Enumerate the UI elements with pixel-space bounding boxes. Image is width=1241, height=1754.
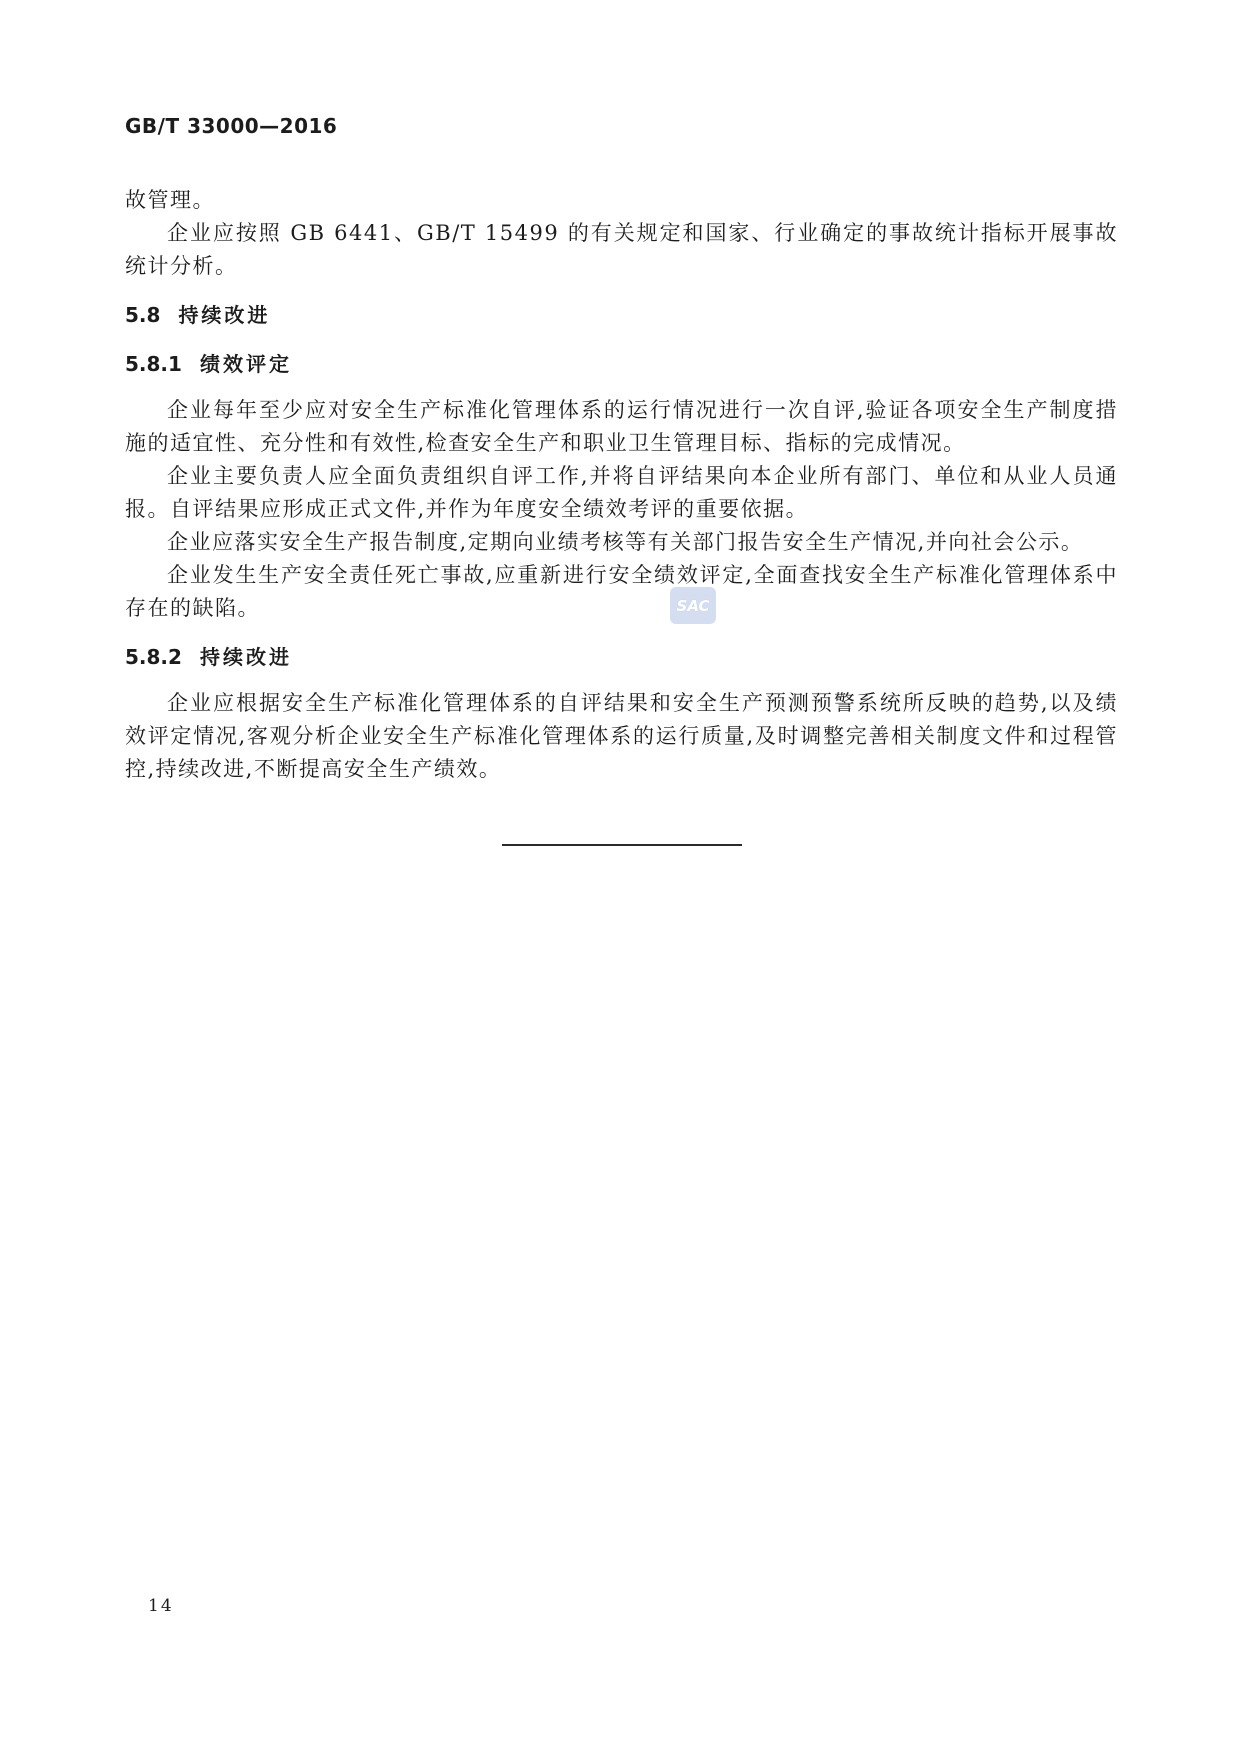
section-title: 绩效评定 <box>200 352 292 376</box>
paragraph: 企业应按照 GB 6441、GB/T 15499 的有关规定和国家、行业确定的事… <box>125 217 1118 283</box>
paragraph: 企业每年至少应对安全生产标准化管理体系的运行情况进行一次自评,验证各项安全生产制… <box>125 394 1118 460</box>
section-title: 持续改进 <box>178 303 270 327</box>
paragraph: 企业应根据安全生产标准化管理体系的自评结果和安全生产预测预警系统所反映的趋势,以… <box>125 687 1118 786</box>
sac-watermark-text: SAC <box>677 597 710 615</box>
sac-watermark-logo: SAC <box>670 587 716 624</box>
section-number: 5.8.1 <box>125 352 182 376</box>
section-number: 5.8 <box>125 303 160 327</box>
paragraph: 企业发生生产安全责任死亡事故,应重新进行安全绩效评定,全面查找安全生产标准化管理… <box>125 559 1118 625</box>
page-number: 14 <box>148 1596 174 1616</box>
paragraph: 企业主要负责人应全面负责组织自评工作,并将自评结果向本企业所有部门、单位和从业人… <box>125 460 1118 526</box>
end-of-section-rule <box>502 844 742 846</box>
section-number: 5.8.2 <box>125 645 182 669</box>
section-heading-5-8: 5.8持续改进 <box>125 299 1118 332</box>
document-page: GB/T 33000—2016 故管理。企业应按照 GB 6441、GB/T 1… <box>0 0 1241 1754</box>
paragraph-continuation: 故管理。 <box>125 184 1118 217</box>
paragraph: 企业应落实安全生产报告制度,定期向业绩考核等有关部门报告安全生产情况,并向社会公… <box>125 526 1118 559</box>
standard-number-header: GB/T 33000—2016 <box>125 112 1118 140</box>
document-content: 故管理。企业应按照 GB 6441、GB/T 15499 的有关规定和国家、行业… <box>125 184 1118 846</box>
section-heading-5-8-2: 5.8.2持续改进 <box>125 641 1118 674</box>
section-heading-5-8-1: 5.8.1绩效评定 <box>125 348 1118 381</box>
section-title: 持续改进 <box>200 645 292 669</box>
